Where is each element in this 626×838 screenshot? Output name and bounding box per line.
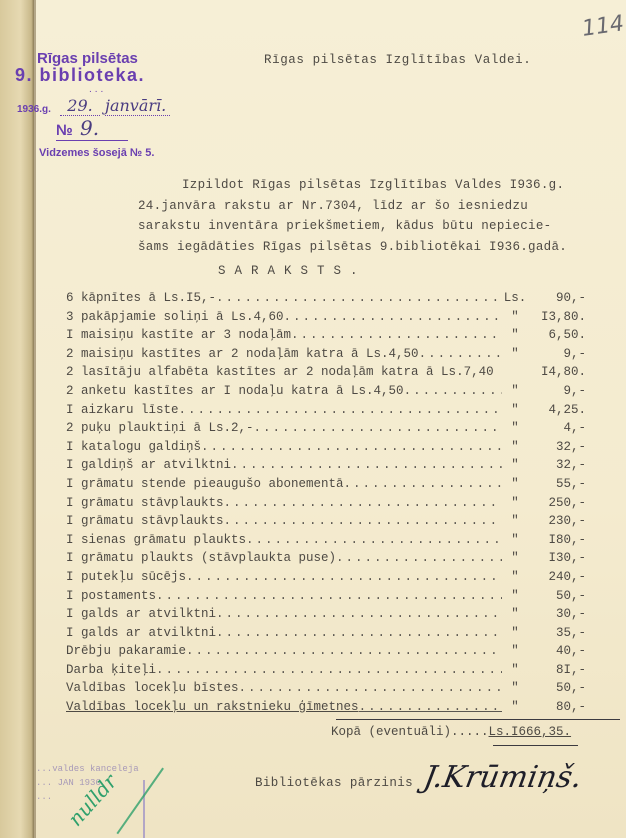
list-item: Valdības locekļu bīstes"50,- — [66, 681, 586, 700]
list-item: 6 kāpnītes ā Ls.I5,-Ls.90,- — [66, 291, 586, 310]
leader-dots — [224, 496, 502, 510]
letterhead-month: janvārī. — [105, 96, 170, 116]
ditto-mark: " — [502, 589, 528, 603]
leader-dots — [186, 644, 502, 658]
ditto-mark: " — [502, 626, 528, 640]
total-line: Kopā (eventuāli).....Ls.I666,35. — [331, 725, 571, 739]
leader-dots — [336, 551, 502, 565]
leader-dots — [419, 347, 502, 361]
leader-dots — [156, 663, 502, 677]
body-paragraph: Izpildot Rīgas pilsētas Izglītības Valde… — [138, 175, 618, 257]
list-item: 3 pakāpjamie soliņi ā Ls.4,60"I3,80. — [66, 310, 586, 329]
body-line: sarakstu inventāra priekšmetiem, kādus b… — [138, 216, 618, 237]
ditto-mark: " — [502, 477, 528, 491]
leader-dots — [201, 440, 502, 454]
ditto-mark: " — [502, 421, 528, 435]
list-item: I sienas grāmatu plaukts"I80,- — [66, 533, 586, 552]
item-amount: I80,- — [528, 533, 586, 547]
list-item: I grāmatu plaukts (stāvplaukta puse)"I30… — [66, 551, 586, 570]
leader-dots — [254, 421, 502, 435]
list-heading: SARAKSTS. — [218, 264, 367, 278]
ditto-mark: " — [502, 570, 528, 584]
ditto-mark: " — [502, 384, 528, 398]
leader-dots — [284, 310, 502, 324]
item-desc: Valdības locekļu bīstes — [66, 681, 239, 695]
item-desc: I galds ar atvilktni — [66, 607, 216, 621]
item-desc: 3 pakāpjamie soliņi ā Ls.4,60 — [66, 310, 284, 324]
list-item: I grāmatu stende pieaugušo abonementā"55… — [66, 477, 586, 496]
letterhead-day: 29. — [60, 96, 100, 116]
item-desc: I aizkaru līste — [66, 403, 179, 417]
body-line: Izpildot Rīgas pilsētas Izglītības Valde… — [138, 175, 618, 196]
item-desc: I postaments — [66, 589, 156, 603]
list-item: I postaments"50,- — [66, 589, 586, 608]
list-item: Valdības locekļu un rakstnieku ģīmetnes"… — [66, 700, 586, 719]
item-desc: I grāmatu stāvplaukts — [66, 496, 224, 510]
item-desc: Valdības locekļu un rakstnieku ģīmetnes — [66, 700, 359, 714]
list-item: I maisiņu kastīte ar 3 nodaļām"6,50. — [66, 328, 586, 347]
item-amount: 90,- — [528, 291, 586, 305]
item-amount: 8I,- — [528, 663, 586, 677]
item-amount: 250,- — [528, 496, 586, 510]
list-item: I galds ar atvilktni"35,- — [66, 626, 586, 645]
list-item: I grāmatu stāvplaukts"250,- — [66, 496, 586, 515]
item-desc: 2 anketu kastītes ar I nodaļu katra ā Ls… — [66, 384, 404, 398]
leader-dots — [291, 328, 502, 342]
item-desc: I sienas grāmatu plaukts — [66, 533, 246, 547]
list-item: 2 anketu kastītes ar I nodaļu katra ā Ls… — [66, 384, 586, 403]
ditto-mark: " — [502, 347, 528, 361]
list-item: Drēbju pakaramie"40,- — [66, 644, 586, 663]
addressee: Rīgas pilsētas Izglītības Valdei. — [264, 53, 531, 67]
item-desc: I grāmatu plaukts (stāvplaukta puse) — [66, 551, 336, 565]
item-amount: I30,- — [528, 551, 586, 565]
leader-dots — [246, 533, 502, 547]
letterhead-year: 1936.g. — [17, 104, 51, 115]
letterhead-number-value: 9. — [80, 116, 125, 141]
item-currency: Ls. — [502, 291, 528, 305]
item-amount: 55,- — [528, 477, 586, 491]
item-amount: 50,- — [528, 589, 586, 603]
item-desc: I katalogu galdiņš — [66, 440, 201, 454]
ditto-mark: " — [502, 496, 528, 510]
body-line: 24.janvāra rakstu ar Nr.7304, līdz ar šo… — [138, 196, 618, 217]
item-desc: I grāmatu stāvplaukts — [66, 514, 224, 528]
item-amount: 4,25. — [528, 403, 586, 417]
total-label: Kopā (eventuāli)..... — [331, 725, 489, 739]
ditto-mark: " — [502, 681, 528, 695]
list-item: I putekļu sūcējs"240,- — [66, 570, 586, 589]
signature: J.Krūmiņš. — [421, 760, 585, 795]
item-amount: 240,- — [528, 570, 586, 584]
total-amount: Ls.I666,35. — [489, 725, 572, 739]
letterhead-number-rule — [56, 140, 128, 141]
list-item: 2 puķu plauktiņi ā Ls.2,-"4,- — [66, 421, 586, 440]
item-amount: 4,- — [528, 421, 586, 435]
letterhead-line2: 9. biblioteka. — [15, 65, 145, 86]
ditto-mark: " — [502, 663, 528, 677]
leader-dots — [239, 681, 502, 695]
item-amount: 32,- — [528, 458, 586, 472]
ditto-mark: " — [502, 607, 528, 621]
ditto-mark: " — [502, 700, 528, 714]
leader-dots — [179, 403, 502, 417]
item-amount: 80,- — [528, 700, 586, 714]
leader-dots — [216, 291, 502, 305]
body-line: šams iegādāties Rīgas pilsētas 9.bibliot… — [138, 237, 618, 258]
item-desc: I galds ar atvilktni — [66, 626, 216, 640]
leader-dots — [216, 626, 502, 640]
leader-dots — [224, 514, 502, 528]
item-desc: 6 kāpnītes ā Ls.I5,- — [66, 291, 216, 305]
ditto-mark: " — [502, 403, 528, 417]
ditto-mark: " — [502, 458, 528, 472]
ditto-mark: " — [502, 551, 528, 565]
leader-dots — [359, 700, 502, 714]
ditto-mark: " — [502, 440, 528, 454]
total-underline — [493, 745, 578, 746]
ditto-mark: " — [502, 533, 528, 547]
item-amount: 35,- — [528, 626, 586, 640]
list-item: I galds ar atvilktni"30,- — [66, 607, 586, 626]
ditto-mark: " — [502, 514, 528, 528]
letterhead-number-label: № — [56, 122, 73, 139]
item-amount: 230,- — [528, 514, 586, 528]
total-rule — [336, 719, 620, 720]
item-desc: 2 maisiņu kastītes ar 2 nodaļām katra ā … — [66, 347, 419, 361]
leader-dots — [156, 589, 502, 603]
item-amount: 50,- — [528, 681, 586, 695]
item-desc: Darba ķiteļi — [66, 663, 156, 677]
item-amount: I4,80. — [528, 365, 586, 379]
stamp-border — [143, 780, 145, 838]
list-item: I galdiņš ar atvilktni"32,- — [66, 458, 586, 477]
item-desc: I maisiņu kastīte ar 3 nodaļām — [66, 328, 291, 342]
list-item: 2 lasītāju alfabēta kastītes ar 2 nodaļā… — [66, 365, 586, 384]
item-amount: 30,- — [528, 607, 586, 621]
item-desc: I grāmatu stende pieaugušo abonementā — [66, 477, 344, 491]
item-desc: I galdiņš ar atvilktni — [66, 458, 231, 472]
list-item: I katalogu galdiņš"32,- — [66, 440, 586, 459]
leader-dots — [216, 607, 502, 621]
item-amount: 9,- — [528, 384, 586, 398]
list-item: Darba ķiteļi"8I,- — [66, 663, 586, 682]
leader-dots — [231, 458, 502, 472]
signer-label: Bibliotēkas pārzinis — [255, 776, 413, 790]
list-item: 2 maisiņu kastītes ar 2 nodaļām katra ā … — [66, 347, 586, 366]
item-amount: 40,- — [528, 644, 586, 658]
item-amount: 32,- — [528, 440, 586, 454]
item-desc: 2 lasītāju alfabēta kastītes ar 2 nodaļā… — [66, 365, 494, 379]
leader-dots — [344, 477, 502, 491]
item-amount: 6,50. — [528, 328, 586, 342]
item-desc: Drēbju pakaramie — [66, 644, 186, 658]
item-desc: I putekļu sūcējs — [66, 570, 186, 584]
item-list: 6 kāpnītes ā Ls.I5,-Ls.90,- 3 pakāpjamie… — [66, 291, 586, 719]
leader-dots — [186, 570, 502, 584]
letterhead-address: Vidzemes šosejā № 5. — [39, 147, 154, 159]
page-edge — [34, 0, 36, 838]
ditto-mark: " — [502, 310, 528, 324]
item-amount: I3,80. — [528, 310, 586, 324]
list-item: I aizkaru līste"4,25. — [66, 403, 586, 422]
item-desc: 2 puķu plauktiņi ā Ls.2,- — [66, 421, 254, 435]
book-binding — [0, 0, 34, 838]
leader-dots — [404, 384, 502, 398]
ditto-mark: " — [502, 328, 528, 342]
ditto-mark: " — [502, 644, 528, 658]
received-stamp-line: ...valdes kanceleja — [36, 762, 146, 776]
item-amount: 9,- — [528, 347, 586, 361]
list-item: I grāmatu stāvplaukts"230,- — [66, 514, 586, 533]
letterhead-dots: ... — [89, 84, 106, 95]
